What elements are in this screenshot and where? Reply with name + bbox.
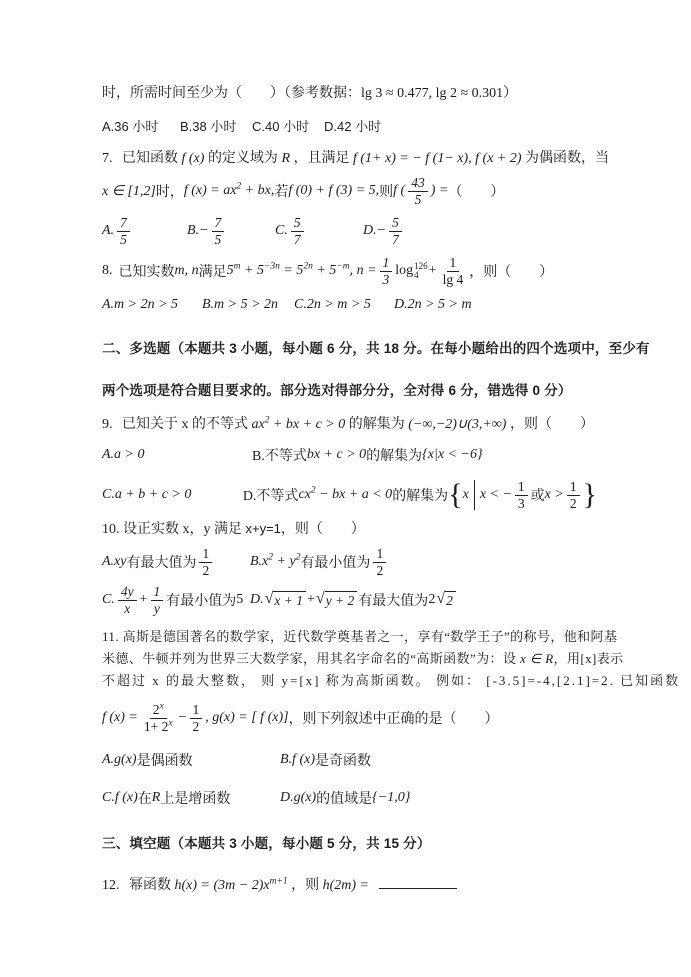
question-6-tail: 时，所需时间至少为（ ）（参考数据：lg 3 ≈ 0.477, lg 2 ≈ 0…: [102, 84, 597, 104]
option-c: C.f (x)在R上是增函数: [102, 788, 280, 808]
fraction: 57: [389, 215, 402, 247]
option-b: B.不等式bx + c > 0的解集为{x|x < −6}: [252, 445, 483, 465]
section-2-header-line1: 二、多选题（本题共 3 小题，每小题 6 分，共 18 分。在每小题给出的四个选…: [102, 337, 597, 357]
math-fragment: f (1+ x) = − f (1− x), f (x + 2): [353, 151, 522, 166]
option-c: C.a + b + c > 0: [102, 487, 243, 503]
question-9-options-row2: C.a + b + c > 0 D.不等式cx2 − bx + a < 0的解集…: [102, 479, 597, 511]
math-fragment: f (0) + f (3) = 5,: [288, 183, 379, 199]
option-a: A.xy有最大值为12: [102, 546, 250, 578]
option-d: D.2n > 5 > m: [394, 297, 472, 313]
question-11-options-row1: A.g(x)是偶函数 B.f (x)是奇函数: [102, 750, 597, 770]
fraction: 4yx: [118, 584, 137, 616]
question-9-options-row1: A.a > 0 B.不等式bx + c > 0的解集为{x|x < −6}: [102, 445, 597, 465]
math-fragment: h(2m) =: [323, 878, 369, 893]
fraction: 1y: [151, 584, 164, 616]
question-7-line2: x ∈ [1,2] 时， f (x) = ax2 + bx, 若 f (0) +…: [102, 175, 597, 207]
math-fragment: R: [281, 151, 290, 166]
option-d: D.g(x)的值域是{−1,0}: [280, 788, 410, 808]
question-11-options-row2: C.f (x)在R上是增函数 D.g(x)的值域是{−1,0}: [102, 788, 597, 808]
question-11-para-line3: 不超过 x 的最大整数， 则 y=[x] 称为高斯函数。 例如： [-3.5]=…: [102, 670, 597, 692]
math-fragment: f (x) = ax2 + bx,: [184, 183, 275, 199]
question-text: 的定义域为: [208, 151, 278, 166]
question-number: 8.: [102, 263, 113, 279]
question-10-line: 10. 设正实数 x，y 满足 x+y=1，则（ ）: [102, 519, 597, 540]
log-sub-sup: 1264: [414, 262, 428, 281]
fraction: 2x 1+ 2x: [141, 702, 176, 734]
question-11-para-line1: 11. 高斯是德国著名的数学家，近代数学奠基者之一，享有“数学王子”的称号，他和…: [102, 626, 597, 648]
question-12-line: 12. 幂函数 h(x) = (3m − 2)xm+1 ，则 h(2m) =: [102, 874, 597, 896]
option-d: D.不等式cx2 − bx + a < 0的解集为 { x x < − 13 或…: [243, 479, 597, 511]
fraction: 13: [515, 479, 528, 511]
option-a: A.g(x)是偶函数: [102, 750, 280, 770]
option-c: C.4yx+1y有最小值为5: [102, 584, 250, 616]
question-9-line: 9. 已知关于 x 的不等式 ax2 + bx + c > 0 的解集为 (−∞…: [102, 415, 597, 435]
option-b: B.x2 + y2有最小值为12: [250, 546, 389, 578]
left-brace: {: [448, 480, 462, 510]
option-a: A.75: [102, 215, 187, 247]
question-text: 10. 设正实数 x，y 满足: [102, 522, 246, 537]
math-fragment: f (: [393, 183, 405, 199]
question-text: 已知关于 x 的不等式: [122, 417, 248, 432]
math-fragment: (−∞,−2)∪(3,+∞): [408, 417, 506, 432]
question-text: 则: [379, 181, 393, 201]
log-symbol: log: [395, 263, 413, 279]
fraction: 75: [117, 215, 130, 247]
question-8-line: 8. 已知实数 m, n 满足 5m + 5−3n = 52n + 5−m, n…: [102, 255, 597, 287]
question-text: ，则（ ）: [469, 261, 553, 281]
option-c: C.2n > m > 5: [294, 297, 394, 313]
math-fragment: m, n: [175, 263, 199, 279]
reference-data: lg 3 ≈ 0.477, lg 2 ≈ 0.301: [361, 86, 503, 101]
section-2-header-line2: 两个选项是符合题目要求的。部分选对得部分分，全对得 6 分，错选得 0 分）: [102, 379, 597, 399]
fraction: 12: [567, 479, 580, 511]
answer-parens: （ ）: [448, 181, 504, 201]
math-fragment: x+y=1: [246, 521, 281, 536]
square-root: √2: [436, 591, 456, 609]
question-text: 为偶函数，当: [525, 151, 609, 166]
question-text: ，则: [291, 878, 319, 893]
question-10-options-row1: A.xy有最大值为12 B.x2 + y2有最小值为12: [102, 546, 597, 578]
math-fragment: x ∈ R: [520, 651, 554, 666]
question-text: 的解集为: [349, 417, 405, 432]
answer-blank: [379, 874, 457, 889]
question-text: 时，所需时间至少为（ ）（参考数据：: [102, 86, 361, 101]
question-7-line1: 7. 已知函数 f (x) 的定义域为 R ，且满足 f (1+ x) = − …: [102, 149, 597, 169]
math-fragment: , g(x) = [ f (x)]: [205, 710, 288, 726]
section-3-header: 三、填空题（本题共 3 小题，每小题 5 分，共 15 分）: [102, 832, 597, 852]
question-text: 已知函数: [122, 151, 178, 166]
math-fragment: x ∈ [1,2]: [102, 183, 156, 200]
question-text: 满足: [199, 261, 227, 281]
fraction: 13: [380, 255, 393, 287]
question-text: ，则（ ）: [281, 522, 365, 537]
option-c: C.40 小时: [252, 116, 324, 135]
right-brace: }: [583, 480, 597, 510]
math-fragment: h(x) = (3m − 2)xm+1: [175, 878, 288, 893]
set-divider: [474, 480, 475, 510]
question-text: ，则（ ）: [510, 417, 594, 432]
question-11-para-line2: 米德、牛顿并列为世界三大数学家，用其名字命名的“高斯函数”为：设 x ∈ R，用…: [102, 648, 597, 670]
fraction: 57: [291, 215, 304, 247]
math-fragment: 5m + 5−3n = 52n + 5−m, n =: [227, 263, 377, 279]
option-a: A.36 小时: [102, 116, 180, 135]
fraction: 1lg 4: [440, 255, 467, 287]
fraction: 435: [408, 175, 428, 207]
math-fragment: f (x): [182, 151, 205, 166]
option-c: C.57: [275, 215, 363, 247]
question-number: 7.: [102, 151, 113, 166]
question-text: 时，: [156, 181, 184, 201]
fraction: 12: [199, 546, 212, 578]
square-root: √x + 1: [265, 591, 306, 609]
fraction: 12: [190, 702, 203, 734]
question-text: ，且满足: [294, 151, 350, 166]
option-a: A.m > 2n > 5: [102, 297, 202, 313]
question-11-formula: f (x) = 2x 1+ 2x − 12 , g(x) = [ f (x)] …: [102, 702, 597, 734]
question-text: 若: [274, 181, 288, 201]
question-8-options: A.m > 2n > 5 B.m > 5 > 2n C.2n > m > 5 D…: [102, 297, 597, 313]
question-text: 幂函数: [129, 878, 171, 893]
question-10-options-row2: C.4yx+1y有最小值为5 D. √x + 1 + √y + 2 有最大值为 …: [102, 584, 597, 616]
option-b: B.38 小时: [180, 116, 252, 135]
question-number: 12.: [102, 878, 120, 893]
fraction: 75: [212, 215, 225, 247]
question-text: ）: [503, 86, 517, 101]
option-b: B.f (x)是奇函数: [280, 750, 371, 770]
question-6-options: A.36 小时 B.38 小时 C.40 小时 D.42 小时: [102, 116, 597, 135]
option-b: B.m > 5 > 2n: [202, 297, 294, 313]
minus-sign: −: [179, 710, 187, 726]
question-text: ，则下列叙述中正确的是（ ）: [289, 708, 499, 728]
option-a: A.a > 0: [102, 447, 252, 463]
option-d: D.42 小时: [324, 116, 381, 135]
option-b: B.−75: [187, 215, 275, 247]
fraction: 12: [373, 546, 386, 578]
math-fragment: ax2 + bx + c > 0: [252, 417, 346, 432]
question-7-options: A.75 B.−75 C.57 D.−57: [102, 215, 597, 247]
plus-sign: +: [429, 263, 437, 279]
exam-page: 时，所需时间至少为（ ）（参考数据：lg 3 ≈ 0.477, lg 2 ≈ 0…: [0, 0, 691, 977]
option-d: D. √x + 1 + √y + 2 有最大值为 2 √2: [250, 590, 457, 610]
question-text: 已知实数: [119, 261, 175, 281]
math-fragment: f (x) =: [102, 710, 138, 726]
option-d: D.−57: [363, 215, 405, 247]
math-fragment: ) =: [431, 183, 449, 199]
question-number: 9.: [102, 417, 113, 432]
square-root: √y + 2: [316, 591, 357, 609]
